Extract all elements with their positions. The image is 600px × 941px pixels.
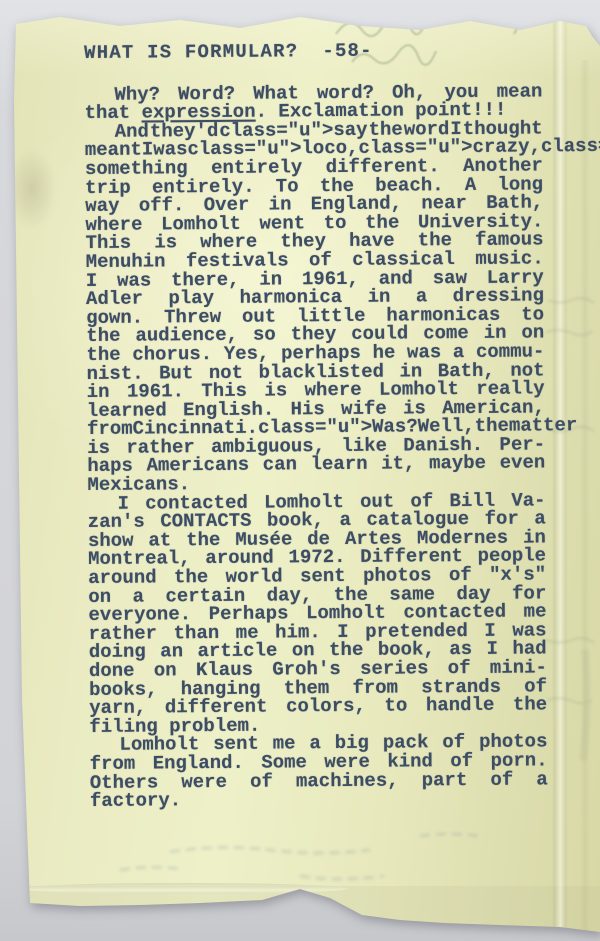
- body-text: Why?Word?Whatword?Oh,youmeanthat express…: [84, 82, 548, 811]
- horizontal-fold-crease: [18, 883, 348, 894]
- margin-smudge: [8, 148, 56, 230]
- paper-shadow: WHAT IS FORMULAR? -58- Why?Word?Whatword…: [0, 0, 600, 941]
- paper-bottom-shading: [0, 886, 600, 941]
- page-number: -58-: [322, 42, 373, 61]
- bottom-bleed-through-text: [120, 834, 480, 879]
- vertical-fold-crease-secondary: [580, 60, 590, 934]
- paper-sheet: WHAT IS FORMULAR? -58- Why?Word?Whatword…: [0, 0, 600, 934]
- text-line: yarn,differentcolors,tohandlethe: [89, 696, 547, 718]
- typewritten-content: WHAT IS FORMULAR? -58- Why?Word?Whatword…: [84, 40, 548, 810]
- page-header: WHAT IS FORMULAR? -58-: [84, 40, 542, 62]
- page-title: WHAT IS FORMULAR?: [84, 42, 298, 62]
- scanned-page-photo: WHAT IS FORMULAR? -58- Why?Word?Whatword…: [0, 0, 600, 941]
- text-line: factory.: [90, 789, 548, 811]
